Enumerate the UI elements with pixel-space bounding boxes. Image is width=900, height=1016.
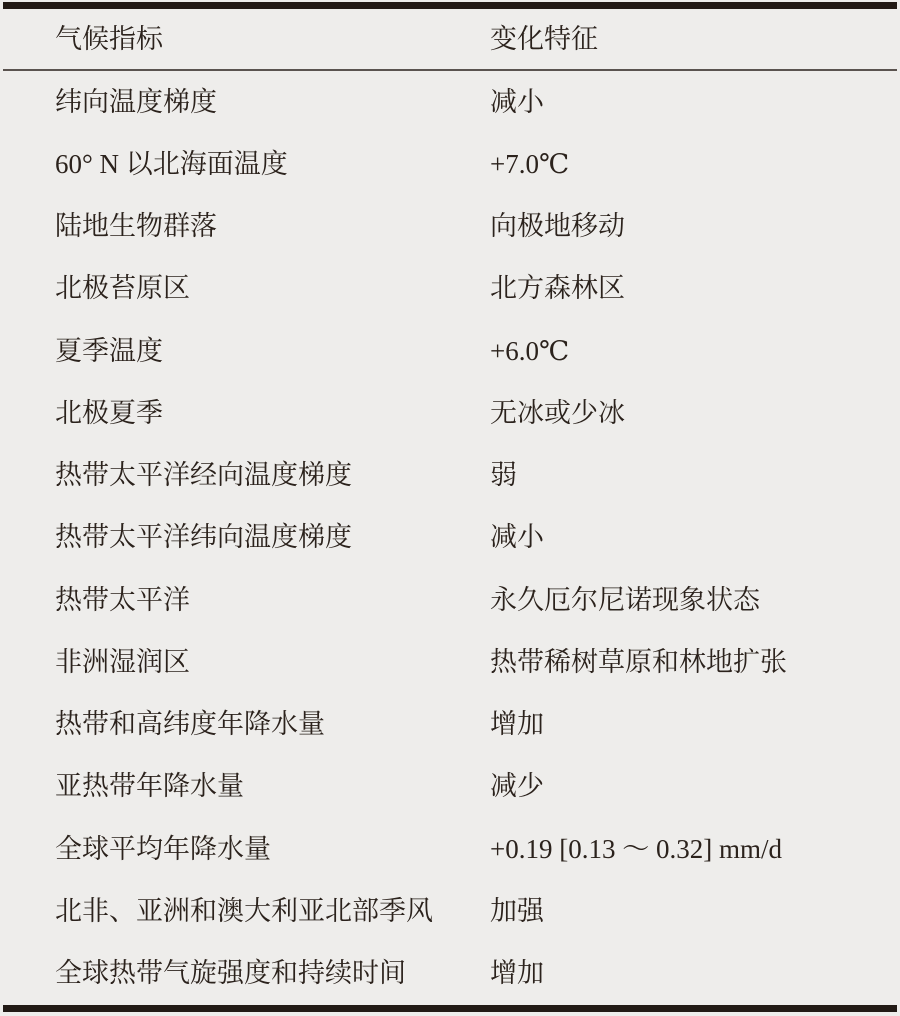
- table-row: 全球热带气旋强度和持续时间 增加: [3, 943, 897, 1005]
- indicator-cell: 北极夏季: [3, 400, 490, 427]
- change-cell: +7.0℃: [490, 151, 897, 178]
- change-cell: 热带稀树草原和林地扩张: [490, 649, 897, 676]
- indicator-cell: 陆地生物群落: [3, 213, 490, 240]
- change-cell: 减小: [490, 524, 897, 551]
- change-cell: 向极地移动: [490, 213, 897, 240]
- table-header-row: 气候指标 变化特征: [3, 9, 897, 69]
- change-cell: 弱: [490, 462, 897, 489]
- indicator-cell: 热带太平洋经向温度梯度: [3, 462, 490, 489]
- table-bottom-border: [3, 1005, 897, 1012]
- table-row: 热带太平洋纬向温度梯度 减小: [3, 507, 897, 569]
- indicator-cell: 全球热带气旋强度和持续时间: [3, 960, 490, 987]
- table-top-border: [3, 2, 897, 9]
- table-row: 北极苔原区 北方森林区: [3, 258, 897, 320]
- indicator-cell: 热带太平洋: [3, 587, 490, 614]
- change-cell: 减少: [490, 773, 897, 800]
- change-cell: +6.0℃: [490, 338, 897, 365]
- table-row: 陆地生物群落 向极地移动: [3, 196, 897, 258]
- change-cell: 加强: [490, 898, 897, 925]
- indicator-cell: 全球平均年降水量: [3, 836, 490, 863]
- indicator-cell: 纬向温度梯度: [3, 89, 490, 116]
- indicator-cell: 60° N 以北海面温度: [3, 151, 490, 178]
- table-row: 北极夏季 无冰或少冰: [3, 382, 897, 444]
- table-row: 非洲湿润区 热带稀树草原和林地扩张: [3, 631, 897, 693]
- indicator-cell: 热带太平洋纬向温度梯度: [3, 524, 490, 551]
- change-cell: 减小: [490, 89, 897, 116]
- indicator-cell: 热带和高纬度年降水量: [3, 711, 490, 738]
- indicator-cell: 夏季温度: [3, 338, 490, 365]
- change-cell: +0.19 [0.13 ～ 0.32] mm/d: [490, 836, 897, 863]
- table-row: 热带太平洋经向温度梯度 弱: [3, 445, 897, 507]
- table-row: 热带太平洋 永久厄尔尼诺现象状态: [3, 569, 897, 631]
- change-cell: 增加: [490, 711, 897, 738]
- table-row: 热带和高纬度年降水量 增加: [3, 694, 897, 756]
- table-row: 北非、亚洲和澳大利亚北部季风 加强: [3, 880, 897, 942]
- change-cell: 北方森林区: [490, 275, 897, 302]
- climate-indicator-table: 气候指标 变化特征 纬向温度梯度 减小 60° N 以北海面温度 +7.0℃ 陆…: [3, 0, 897, 1012]
- indicator-cell: 非洲湿润区: [3, 649, 490, 676]
- table-row: 亚热带年降水量 减少: [3, 756, 897, 818]
- change-cell: 永久厄尔尼诺现象状态: [490, 587, 897, 614]
- table-row: 纬向温度梯度 减小: [3, 71, 897, 133]
- table-row: 全球平均年降水量 +0.19 [0.13 ～ 0.32] mm/d: [3, 818, 897, 880]
- table-body: 纬向温度梯度 减小 60° N 以北海面温度 +7.0℃ 陆地生物群落 向极地移…: [3, 71, 897, 1005]
- indicator-cell: 北极苔原区: [3, 275, 490, 302]
- change-cell: 无冰或少冰: [490, 400, 897, 427]
- table-row: 60° N 以北海面温度 +7.0℃: [3, 133, 897, 195]
- indicator-cell: 亚热带年降水量: [3, 773, 490, 800]
- table-row: 夏季温度 +6.0℃: [3, 320, 897, 382]
- column-header-change-characteristic: 变化特征: [490, 26, 897, 53]
- indicator-cell: 北非、亚洲和澳大利亚北部季风: [3, 898, 490, 925]
- column-header-climate-indicator: 气候指标: [3, 26, 490, 53]
- change-cell: 增加: [490, 960, 897, 987]
